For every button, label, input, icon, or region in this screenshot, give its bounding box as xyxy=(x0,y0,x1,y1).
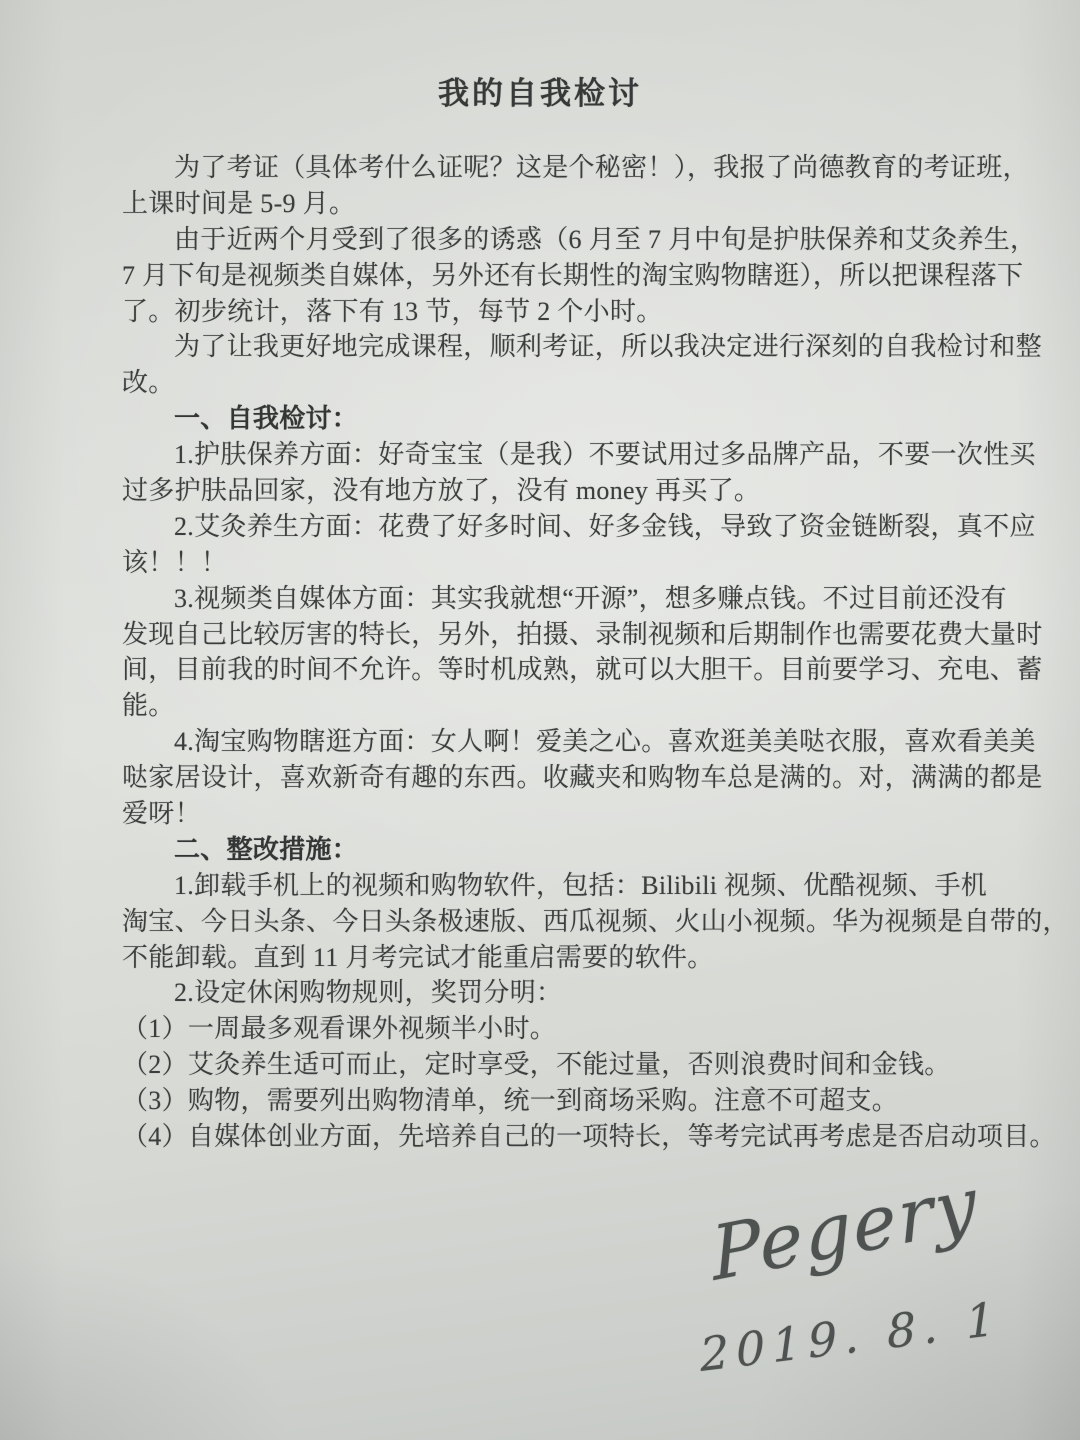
paragraph-line: 过多护肤品回家，没有地方放了，没有 money 再买了。 xyxy=(122,473,970,509)
paragraph-line: 2.艾灸养生方面：花费了好多时间、好多金钱，导致了资金链断裂，真不应 xyxy=(122,509,970,545)
paragraph-line: 1.卸载手机上的视频和购物软件，包括：Bilibili 视频、优酷视频、手机 xyxy=(122,868,970,904)
paragraph-line: 2.设定休闲购物规则，奖罚分明： xyxy=(122,975,970,1011)
paragraph-line: 为了让我更好地完成课程，顺利考证，所以我决定进行深刻的自我检讨和整 xyxy=(122,329,970,365)
list-item-line: （1）一周最多观看课外视频半小时。 xyxy=(122,1011,970,1047)
section-heading-corrective-measures: 二、整改措施： xyxy=(122,832,970,868)
paragraph-line: 发现自己比较厉害的特长，另外，拍摄、录制视频和后期制作也需要花费大量时 xyxy=(122,617,970,653)
section-heading-self-review: 一、自我检讨： xyxy=(122,401,970,437)
handwritten-signature: Pegery xyxy=(708,1160,981,1298)
list-item-line: （2）艾灸养生适可而止，定时享受，不能过量，否则浪费时间和金钱。 xyxy=(122,1047,970,1083)
document-title: 我的自我检讨 xyxy=(0,68,1080,113)
paragraph-line: 哒家居设计，喜欢新奇有趣的东西。收藏夹和购物车总是满的。对，满满的都是 xyxy=(122,760,970,796)
handwritten-date: 2019. 8. 1 xyxy=(699,1291,1004,1382)
paragraph-line: 为了考证（具体考什么证呢？这是个秘密！），我报了尚德教育的考证班， xyxy=(122,150,970,186)
paragraph-line: 7 月下旬是视频类自媒体，另外还有长期性的淘宝购物瞎逛），所以把课程落下 xyxy=(122,258,970,294)
document-body: 为了考证（具体考什么证呢？这是个秘密！），我报了尚德教育的考证班， 上课时间是 … xyxy=(122,150,970,1155)
paragraph-line: 了。初步统计，落下有 13 节，每节 2 个小时。 xyxy=(122,294,970,330)
document-page: 我的自我检讨 为了考证（具体考什么证呢？这是个秘密！），我报了尚德教育的考证班，… xyxy=(0,0,1080,1440)
paragraph-line: 间，目前我的时间不允许。等时机成熟，就可以大胆干。目前要学习、充电、蓄 xyxy=(122,652,970,688)
paragraph-line: 由于近两个月受到了很多的诱惑（6 月至 7 月中旬是护肤保养和艾灸养生， xyxy=(122,222,970,258)
list-item-line: （4）自媒体创业方面，先培养自己的一项特长，等考完试再考虑是否启动项目。 xyxy=(122,1119,970,1155)
paragraph-line: 淘宝、今日头条、今日头条极速版、西瓜视频、火山小视频。华为视频是自带的， xyxy=(122,904,970,940)
paragraph-line: 1.护肤保养方面：好奇宝宝（是我）不要试用过多品牌产品，不要一次性买 xyxy=(122,437,970,473)
paragraph-line: 4.淘宝购物瞎逛方面：女人啊！爱美之心。喜欢逛美美哒衣服，喜欢看美美 xyxy=(122,724,970,760)
paragraph-line: 该！！！ xyxy=(122,545,970,581)
paragraph-line: 不能卸载。直到 11 月考完试才能重启需要的软件。 xyxy=(122,940,970,976)
list-item-line: （3）购物，需要列出购物清单，统一到商场采购。注意不可超支。 xyxy=(122,1083,970,1119)
paragraph-line: 能。 xyxy=(122,688,970,724)
paragraph-line: 改。 xyxy=(122,365,970,401)
paragraph-line: 3.视频类自媒体方面：其实我就想“开源”，想多赚点钱。不过目前还没有 xyxy=(122,581,970,617)
paragraph-line: 爱呀！ xyxy=(122,796,970,832)
paragraph-line: 上课时间是 5-9 月。 xyxy=(122,186,970,222)
